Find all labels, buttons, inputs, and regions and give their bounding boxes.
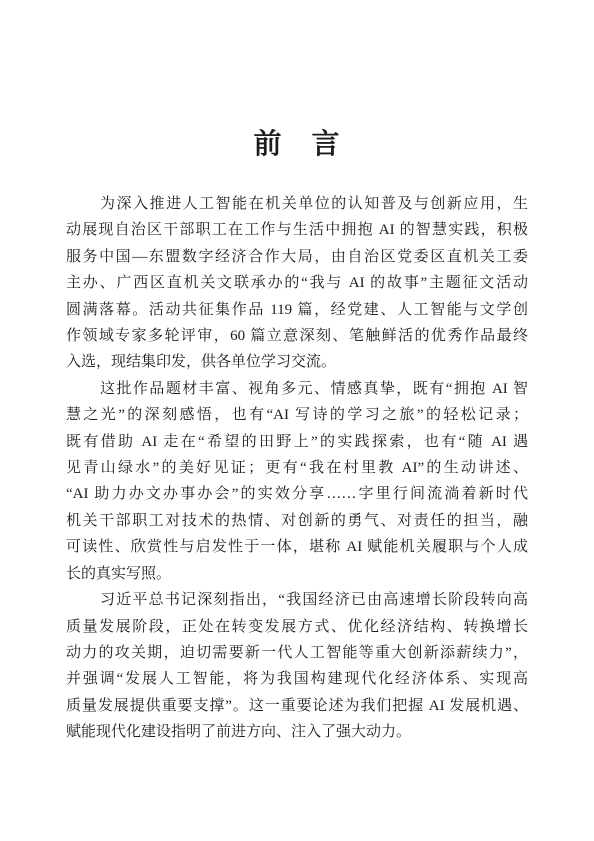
text-line: 入选，现结集印发，供各单位学习交流。	[66, 349, 528, 375]
text-line: 主办、广西区直机关文联承办的“我与 AI 的故事”主题征文活动	[66, 270, 528, 296]
paragraph-2: 这批作品题材丰富、视角多元、情感真挚，既有“拥抱 AI 智慧之光”的深刻感悟，也…	[66, 376, 528, 587]
text-line: 圆满落幕。活动共征集作品 119 篇，经党建、人工智能与文学创	[66, 297, 528, 323]
text-line: 习近平总书记深刻指出，“我国经济已由高速增长阶段转向高	[66, 587, 528, 613]
text-line: 为深入推进人工智能在机关单位的认知普及与创新应用，生	[66, 191, 528, 217]
text-line: 赋能现代化建设指明了前进方向、注入了强大动力。	[66, 719, 528, 745]
text-line: 可读性、欣赏性与启发性于一体，堪称 AI 赋能机关履职与个人成	[66, 534, 528, 560]
text-line: 质量发展提供重要支撑”。这一重要论述为我们把握 AI 发展机遇、	[66, 693, 528, 719]
text-line: 机关干部职工对技术的热情、对创新的勇气、对责任的担当，融	[66, 508, 528, 534]
preface-body: 为深入推进人工智能在机关单位的认知普及与创新应用，生动展现自治区干部职工在工作与…	[66, 191, 528, 746]
document-page: 前 言 为深入推进人工智能在机关单位的认知普及与创新应用，生动展现自治区干部职工…	[0, 0, 594, 841]
text-line: 作领域专家多轮评审，60 篇立意深刻、笔触鲜活的优秀作品最终	[66, 323, 528, 349]
text-line: 动展现自治区干部职工在工作与生活中拥抱 AI 的智慧实践，积极	[66, 217, 528, 243]
paragraph-3: 习近平总书记深刻指出，“我国经济已由高速增长阶段转向高质量发展阶段，正处在转变发…	[66, 587, 528, 745]
text-line: 长的真实写照。	[66, 561, 528, 587]
text-line: 慧之光”的深刻感悟，也有“AI 写诗的学习之旅”的轻松记录；	[66, 402, 528, 428]
page-title: 前 言	[0, 130, 594, 160]
text-line: 并强调“发展人工智能，将为我国构建现代化经济体系、实现高	[66, 666, 528, 692]
paragraph-1: 为深入推进人工智能在机关单位的认知普及与创新应用，生动展现自治区干部职工在工作与…	[66, 191, 528, 376]
text-line: 质量发展阶段，正处在转变发展方式、优化经济结构、转换增长	[66, 614, 528, 640]
text-line: 这批作品题材丰富、视角多元、情感真挚，既有“拥抱 AI 智	[66, 376, 528, 402]
text-line: 既有借助 AI 走在“希望的田野上”的实践探索，也有“随 AI 遇	[66, 429, 528, 455]
text-line: 服务中国—东盟数字经济合作大局，由自治区党委区直机关工委	[66, 244, 528, 270]
text-line: 动力的攻关期，迫切需要新一代人工智能等重大创新添薪续力”，	[66, 640, 528, 666]
text-line: “AI 助力办文办事办会”的实效分享……字里行间流淌着新时代	[66, 481, 528, 507]
text-line: 见青山绿水”的美好见证；更有“我在村里教 AI”的生动讲述、	[66, 455, 528, 481]
